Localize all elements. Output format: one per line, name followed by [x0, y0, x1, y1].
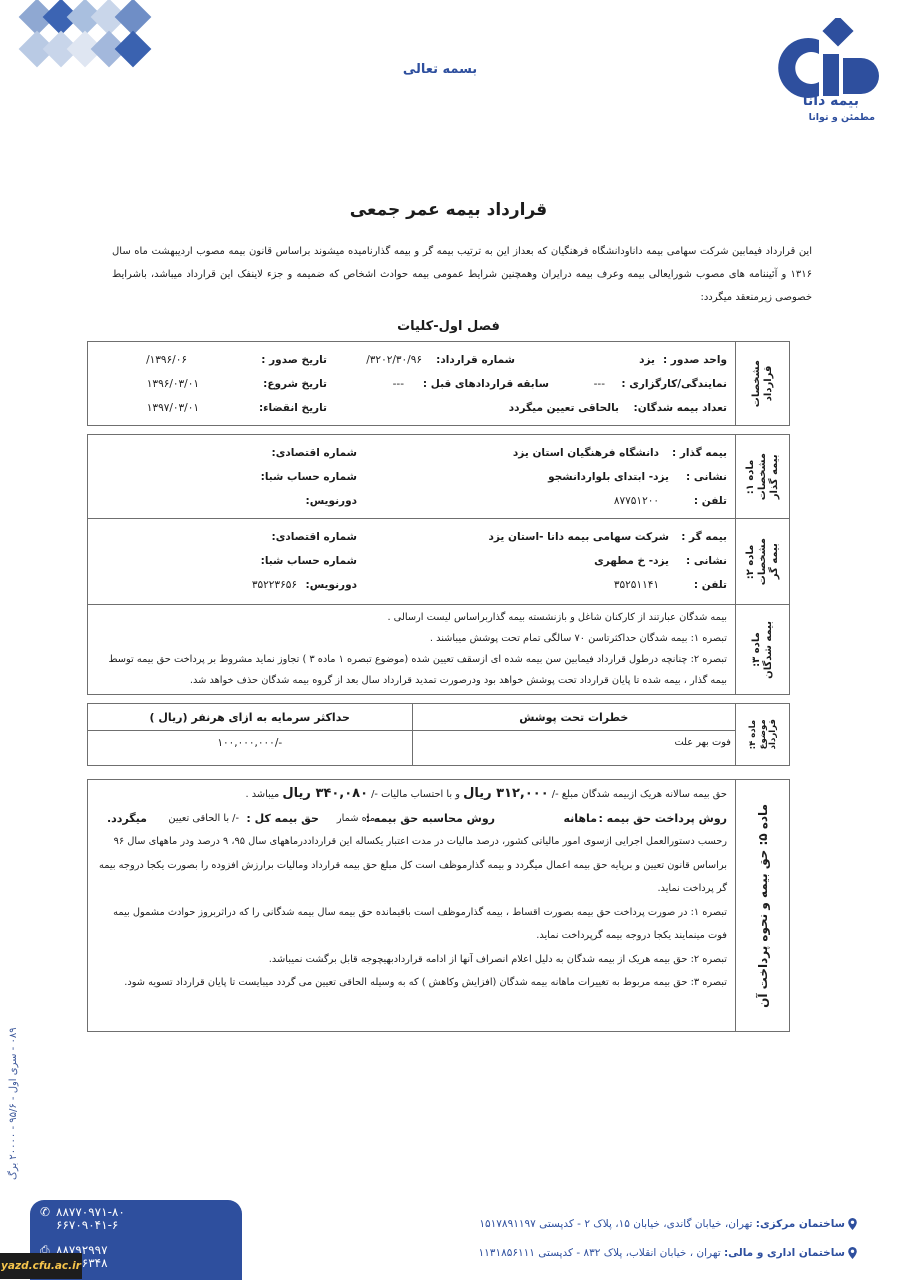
address-label: نشانی :	[686, 555, 727, 567]
phone-label: تلفن :	[694, 579, 727, 591]
subject-section: ماده ۴: موضوع قرارداد خطرات تحت پوشش حدا…	[87, 703, 790, 766]
section-label: ماده ۴: موضوع قرارداد	[735, 704, 789, 765]
site-watermark: yazd.cfu.ac.ir	[0, 1253, 82, 1279]
form-serial: ۰۸۹ - سری اول - ۹۵/۶ - ۲۰۰۰۰ برگ	[8, 990, 19, 1180]
annual-premium-line: حق بیمه سالانه هریک ازبیمه شدگان مبلغ -/…	[96, 782, 727, 807]
sheba-label: شماره حساب شبا:	[261, 555, 357, 567]
payment-method: ماهانه	[564, 807, 598, 831]
logo-name: بیمه دانا	[803, 93, 859, 109]
premium-note-2: تبصره ۲: حق بیمه هریک از بیمه شدگان به د…	[96, 948, 727, 972]
central-office-address: ساختمان مرکزی: تهران، خیابان گاندی، خیاب…	[479, 1218, 857, 1230]
phone-line-2: ۶۶۷۰۹۰۴۱-۶	[56, 1218, 118, 1232]
premium-note-3: تبصره ۳: حق بیمه مربوط به تغییرات ماهانه…	[96, 971, 727, 995]
fax-label: دورنویس:	[306, 579, 357, 591]
insured-section: ماده ۳: بیمه شدگان بیمه شدگان عبارتند از…	[87, 605, 790, 695]
policyholder-name: دانشگاه فرهنگیان استان یزد	[513, 447, 659, 459]
section-label: ماده ۵: حق بیمه و نحوه پرداخت آن	[735, 780, 789, 1031]
insurer-phone: ۳۵۲۵۱۱۴۱	[614, 579, 659, 591]
insurer-name-label: بیمه گر :	[681, 531, 727, 543]
insured-count-label: تعداد بیمه شدگان:	[634, 402, 727, 414]
insurer-name: شرکت سهامی بیمه دانا -استان یزد	[488, 531, 669, 543]
row-agency: نمایندگی/کارگزاری : --- سابقه قراردادهای…	[96, 372, 727, 396]
prev-contracts: ---	[393, 378, 404, 390]
admin-office-address: ساختمان اداری و مالی: تهران ، خیابان انق…	[479, 1247, 857, 1259]
column-header: خطرات تحت پوشش	[412, 704, 736, 731]
row-insured-count: تعداد بیمه شدگان: بالحاقی تعیین میگردد ت…	[96, 396, 727, 420]
policyholder-phone: ۸۷۷۵۱۲۰۰	[614, 495, 659, 507]
insured-count: بالحاقی تعیین میگردد	[509, 402, 619, 414]
premium-note-1: تبصره ۱: در صورت پرداخت حق بیمه بصورت اق…	[96, 901, 727, 948]
row-issuing: واحد صدور : یزد شماره قرارداد: ۳۲۰۲/۳۰/۹…	[96, 348, 727, 372]
chapter-heading: فصل اول-کلیات	[0, 319, 897, 334]
prev-contracts-label: سابقه قراردادهای قبل :	[423, 378, 549, 390]
address-label: نشانی :	[686, 471, 727, 483]
tax-paragraph: رحسب دستورالعمل اجرایی ازسوی امور مالیات…	[96, 830, 727, 901]
coverage-table: خطرات تحت پوشش حداکثر سرمایه به ازای هرن…	[88, 704, 735, 765]
issue-date-label: تاریخ صدور :	[261, 354, 327, 366]
start-date: ۱۳۹۶/۰۳/۰۱	[147, 378, 199, 390]
expiry-date-label: تاریخ انقضاء:	[259, 402, 327, 414]
issuing-unit-label: واحد صدور :	[663, 354, 727, 366]
economic-no-label: شماره اقتصادی:	[272, 531, 357, 543]
calc-method: ماه شمار	[337, 807, 375, 831]
annual-with-tax: ۳۴۰,۰۸۰ ریال	[282, 786, 368, 801]
logo-tagline: مطمئن و توانا	[809, 112, 875, 123]
issuing-unit: یزد	[639, 354, 655, 366]
section-label: ماده ۳: بیمه شدگان	[735, 605, 789, 694]
issue-date: ۱۳۹۶/۰۶/	[146, 354, 187, 366]
contract-no: ۳۲۰۲/۳۰/۹۶/	[366, 354, 422, 366]
total-premium: -/ با الحاقی تعیین	[168, 807, 239, 831]
payment-method-line: روش پرداخت حق بیمه : ماهانه روش محاسبه ح…	[96, 807, 727, 831]
intro-paragraph: این قرارداد فیمابین شرکت سهامی بیمه دانا…	[112, 240, 812, 309]
phone-line-1: ۸۸۷۷۰۹۷۱-۸۰	[56, 1205, 125, 1219]
basmala: بسمه تعالی	[400, 62, 480, 77]
agency-label: نمایندگی/کارگزاری :	[621, 378, 727, 390]
insurer-address: یزد- خ مطهری	[594, 555, 669, 567]
section-label: مشخصات قرارداد	[735, 342, 789, 425]
phone-label: تلفن :	[694, 495, 727, 507]
blue-diamond-pattern	[18, 0, 143, 75]
insurer-section: ماده ۲: مشخصات بیمه گر بیمه گر : شرکت سه…	[87, 519, 790, 605]
location-pin-icon	[848, 1218, 857, 1230]
insured-note-2: تبصره ۲: چنانچه درطول قرارداد فیمابین سن…	[96, 649, 727, 691]
section-label: ماده ۲: مشخصات بیمه گر	[735, 519, 789, 604]
location-pin-icon	[848, 1247, 857, 1259]
policyholder-section: ماده ۱: مشخصات بیمه گذار بیمه گذار : دان…	[87, 434, 790, 519]
annual-amount: ۳۱۲,۰۰۰ ریال	[463, 786, 549, 801]
insured-note-1: تبصره ۱: بیمه شدگان حداکثرتاسن ۷۰ سالگی …	[96, 628, 727, 649]
table-cell-risk: فوت بهر علت	[412, 731, 736, 765]
document-title: قرارداد بیمه عمر جمعی	[0, 200, 897, 220]
fax-label: دورنویس:	[306, 495, 357, 507]
start-date-label: تاریخ شروع:	[263, 378, 327, 390]
contract-specs-section: مشخصات قرارداد واحد صدور : یزد شماره قرا…	[87, 341, 790, 426]
phone-icon: ✆	[40, 1206, 56, 1219]
insured-line: بیمه شدگان عبارتند از کارکنان شاغل و باز…	[96, 607, 727, 628]
premium-section: ماده ۵: حق بیمه و نحوه پرداخت آن حق بیمه…	[87, 779, 790, 1032]
section-label: ماده ۱: مشخصات بیمه گذار	[735, 435, 789, 518]
agency: ---	[594, 378, 605, 390]
expiry-date: ۱۳۹۷/۰۳/۰۱	[147, 402, 199, 414]
sheba-label: شماره حساب شبا:	[261, 471, 357, 483]
table-cell-capital: -/۱۰۰,۰۰۰,۰۰۰	[88, 731, 412, 765]
contract-no-label: شماره قرارداد:	[436, 354, 515, 366]
policyholder-address: یزد- ابتدای بلواردانشجو	[548, 471, 669, 483]
policyholder-name-label: بیمه گذار :	[672, 447, 727, 459]
economic-no-label: شماره اقتصادی:	[272, 447, 357, 459]
insurer-fax: ۳۵۲۲۳۶۵۶	[252, 579, 297, 591]
column-header: حداکثر سرمایه به ازای هرنفر (ریال )	[88, 704, 412, 731]
